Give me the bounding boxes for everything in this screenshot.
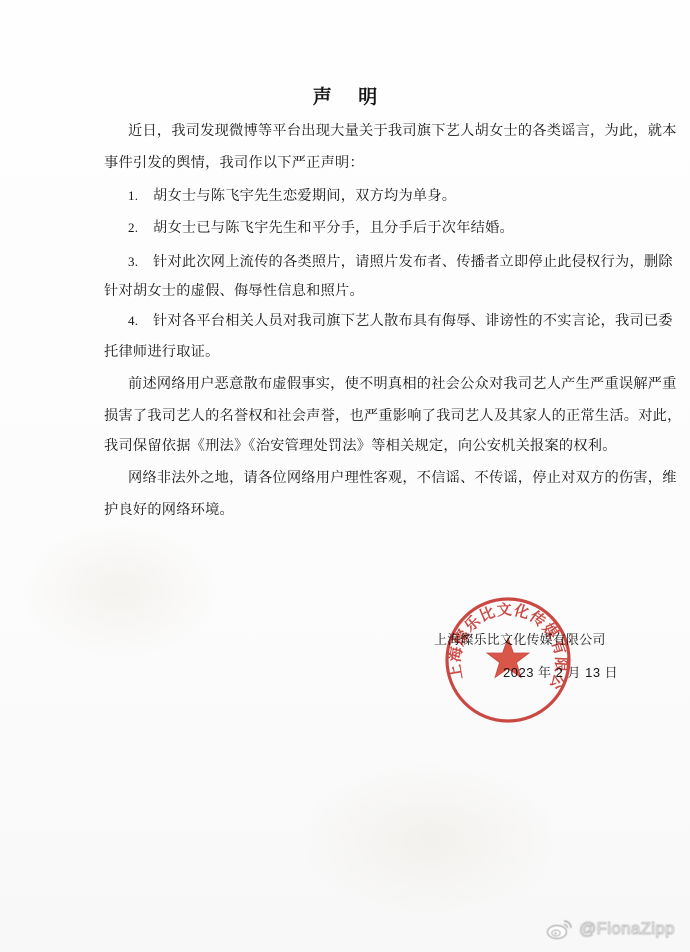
watermark-handle: @FionaZipp: [579, 919, 675, 939]
list-item-2: 2.胡女士已与陈飞宇先生和平分手，且分手后于次年结婚。: [128, 219, 514, 237]
weibo-watermark: @FionaZipp: [546, 918, 675, 940]
list-item-3-continuation: 针对胡女士的虚假、侮辱性信息和照片。: [104, 282, 596, 300]
list-item-4: 4.针对各平台相关人员对我司旗下艺人散布具有侮辱、诽谤性的不实言论，我司已委: [128, 312, 673, 330]
para3-line-2: 护良好的网络环境。: [104, 501, 596, 519]
para2-line-3: 我司保留依据《刑法》《治安管理处罚法》等相关规定，向公安机关报案的权利。: [104, 437, 596, 455]
list-item-number: 1.: [128, 187, 153, 205]
list-item-number: 3.: [128, 253, 153, 271]
list-item-4-continuation: 托律师进行取证。: [104, 343, 596, 361]
list-item-number: 2.: [128, 219, 153, 237]
document-page: 声 明 近日，我司发现微博等平台出现大量关于我司旗下艺人胡女士的各类谣言，为此，…: [0, 0, 690, 952]
list-item-3: 3.针对此次网上流传的各类照片，请照片发布者、传播者立即停止此侵权行为，删除: [128, 253, 673, 271]
list-item-1: 1.胡女士与陈飞宇先生恋爱期间，双方均为单身。: [128, 187, 456, 205]
weibo-icon: [546, 918, 574, 940]
list-item-number: 4.: [128, 312, 153, 330]
para3-line-1: 网络非法外之地，请各位网络用户理性客观，不信谣、不传谣，停止对双方的伤害，维: [128, 469, 620, 487]
para2-line-1: 前述网络用户恶意散布虚假事实，使不明真相的社会公众对我司艺人产生严重误解严重: [128, 375, 620, 393]
list-item-text: 针对此次网上流传的各类照片，请照片发布者、传播者立即停止此侵权行为，删除: [153, 254, 673, 270]
document-title: 声 明: [0, 82, 690, 109]
intro-line-1: 近日，我司发现微博等平台出现大量关于我司旗下艺人胡女士的各类谣言，为此，就本: [128, 122, 620, 140]
intro-line-2: 事件引发的舆情，我司作以下严正声明：: [104, 154, 596, 172]
list-item-text: 针对各平台相关人员对我司旗下艺人散布具有侮辱、诽谤性的不实言论，我司已委: [153, 313, 673, 329]
list-item-text: 胡女士与陈飞宇先生恋爱期间，双方均为单身。: [153, 188, 456, 204]
scan-smudge: [300, 760, 560, 920]
scan-smudge: [20, 520, 220, 660]
company-seal-icon: 上海燦乐比文化传媒有限公司: [444, 596, 572, 724]
list-item-text: 胡女士已与陈飞宇先生和平分手，且分手后于次年结婚。: [153, 220, 514, 236]
para2-line-2: 损害了我司艺人的名誉权和社会声誉，也严重影响了我司艺人及其家人的正常生活。对此，: [104, 407, 596, 425]
